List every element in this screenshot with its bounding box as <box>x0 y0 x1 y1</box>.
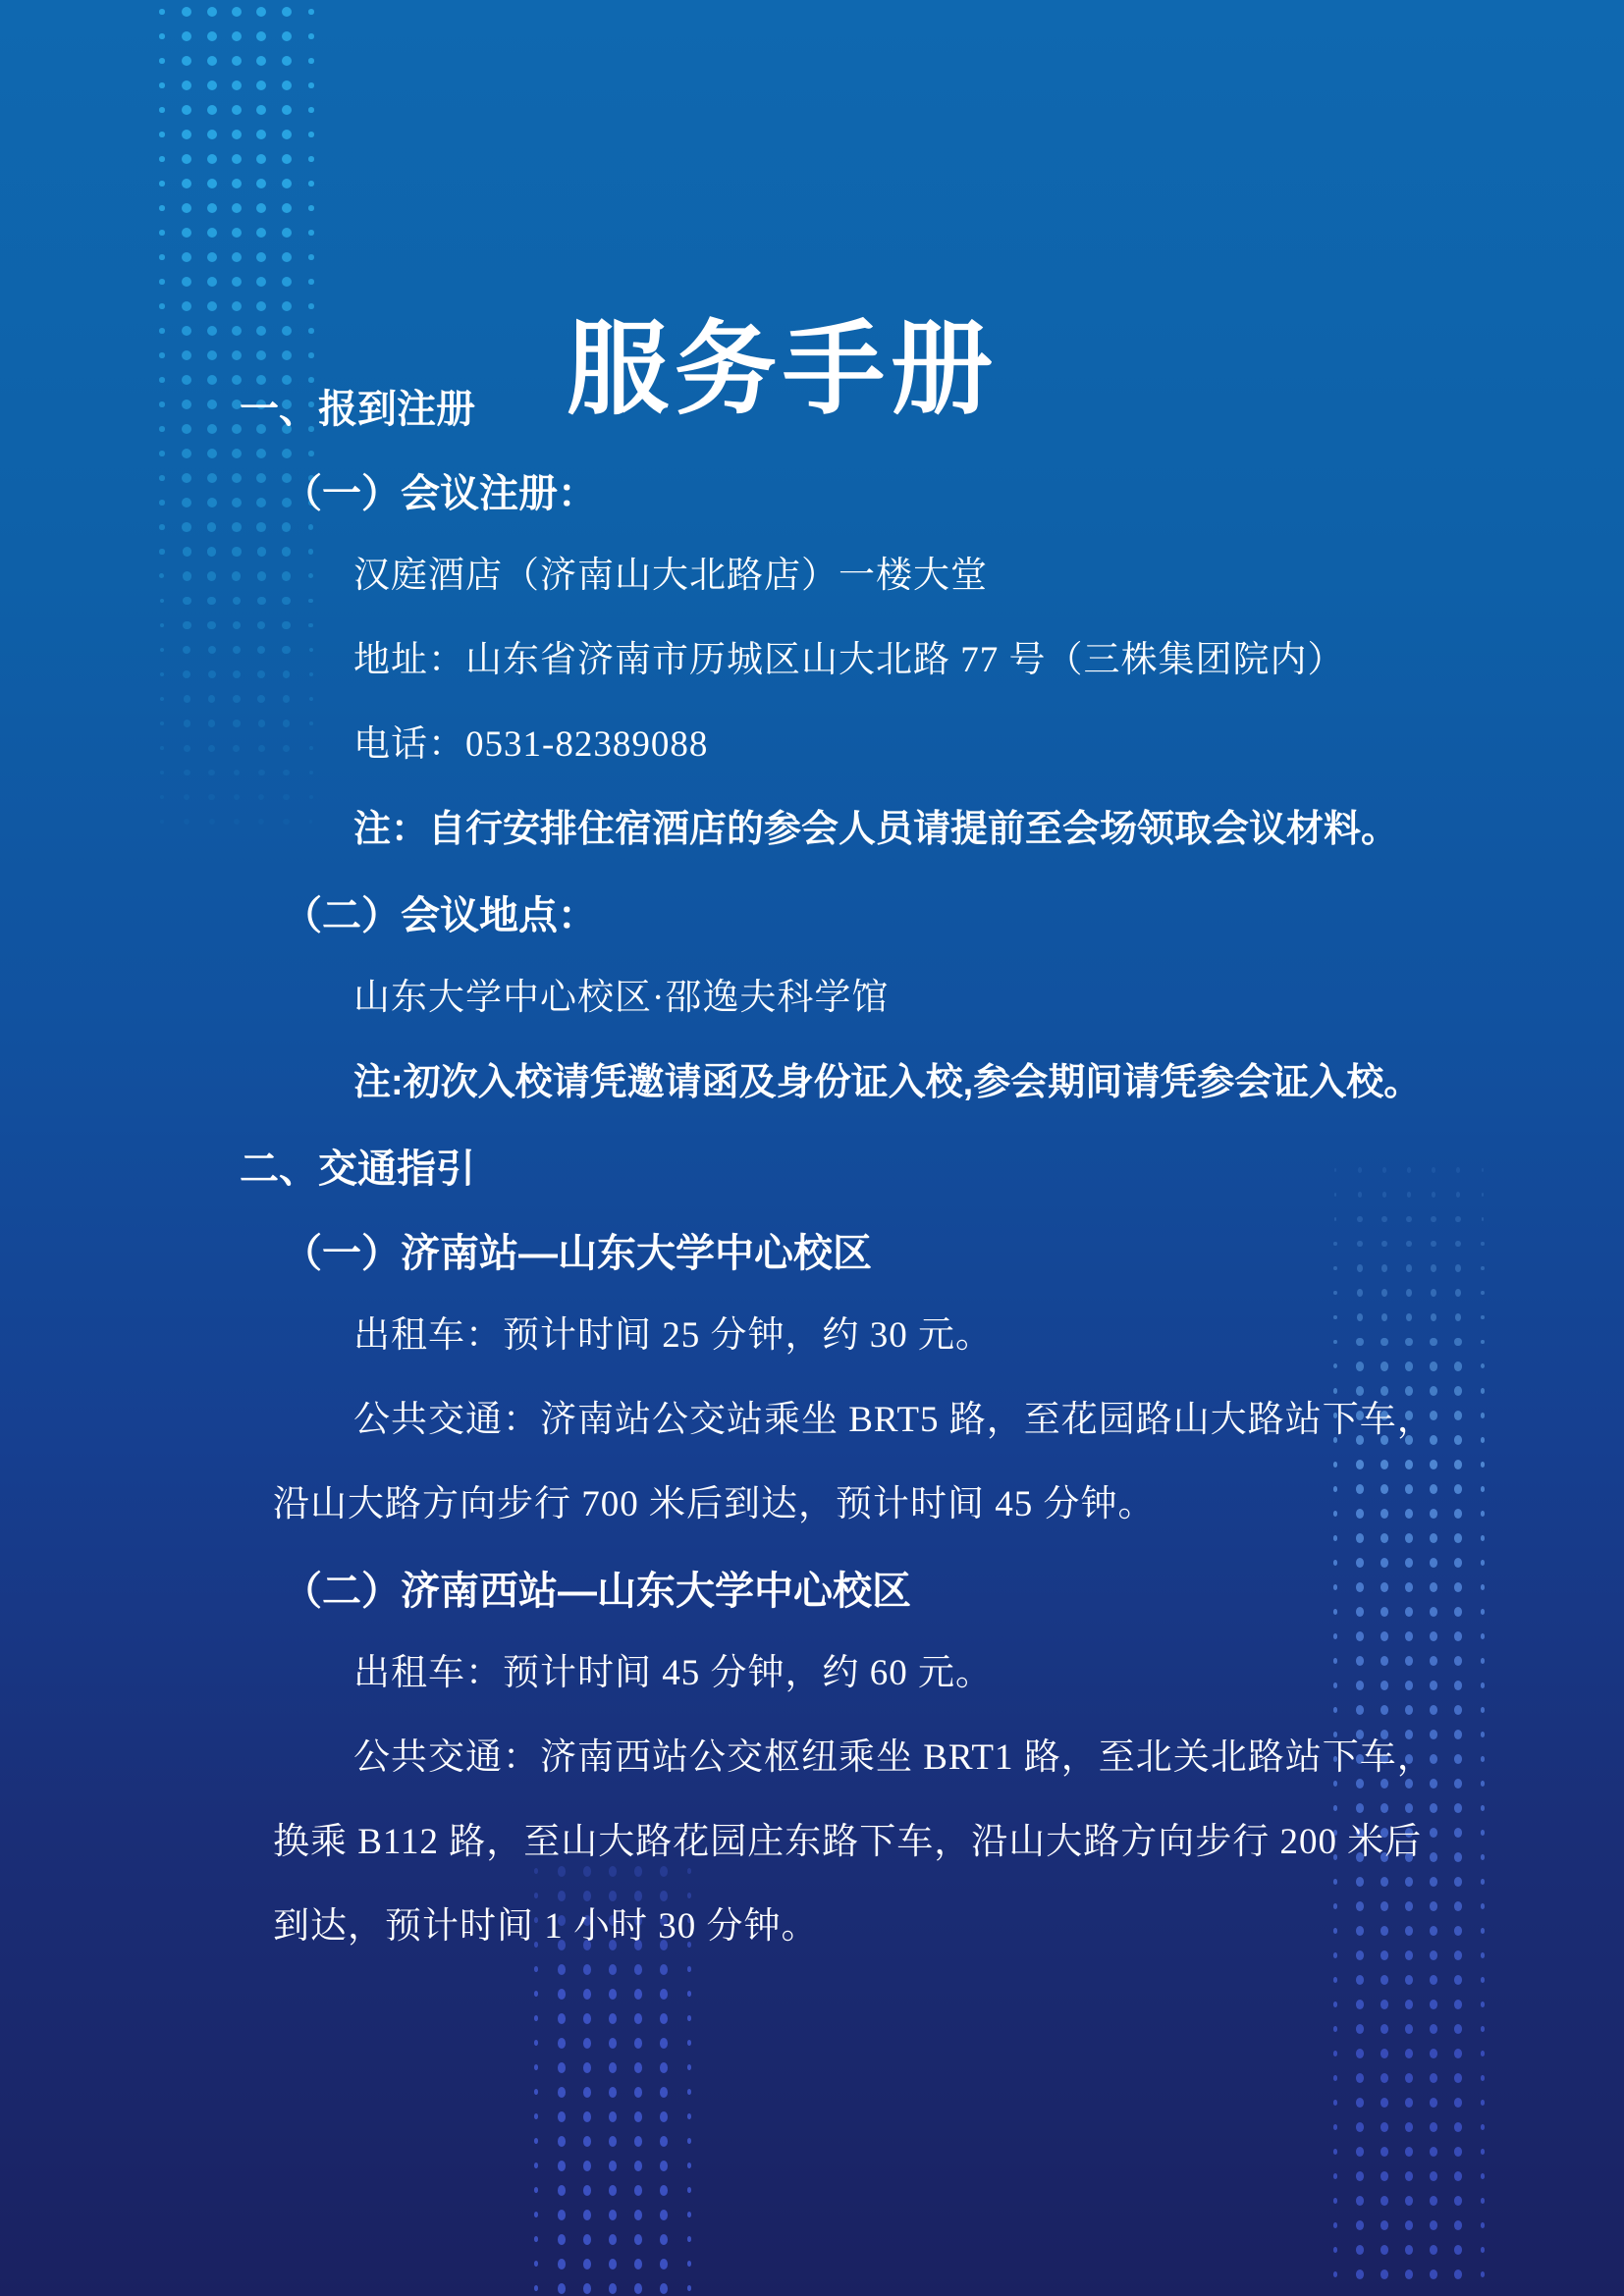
decorative-dot <box>1456 1192 1461 1198</box>
decorative-dot <box>308 156 314 162</box>
decorative-dot <box>184 794 189 800</box>
decorative-dot <box>160 648 165 653</box>
decorative-dot <box>1380 1901 1388 1911</box>
decorative-dot <box>1454 2269 1462 2279</box>
decorative-dot <box>309 771 313 774</box>
decorative-dot <box>1481 1340 1485 1345</box>
decorative-dot <box>583 2234 591 2245</box>
decorative-dot <box>1482 1168 1485 1171</box>
decorative-dot <box>258 745 265 752</box>
decorative-dot <box>182 105 191 115</box>
decorative-dot <box>258 794 264 800</box>
decorative-dot <box>1481 1830 1486 1836</box>
decorative-dot <box>583 1989 591 2000</box>
decorative-dot <box>1333 1511 1338 1517</box>
decorative-dot <box>1381 1313 1388 1321</box>
decorative-dot <box>1333 1242 1336 1246</box>
doc-line-body: 出租车：预计时间 45 分钟，约 60 元。 <box>353 1651 993 1696</box>
decorative-dot <box>1454 1926 1462 1936</box>
decorative-dot <box>609 2185 617 2196</box>
decorative-dot <box>1481 1854 1486 1860</box>
decorative-dot <box>282 571 291 580</box>
decorative-dot <box>257 646 265 654</box>
decorative-dot <box>232 179 242 188</box>
decorative-dot <box>207 228 217 238</box>
decorative-dot <box>159 107 165 113</box>
decorative-dot <box>1405 1803 1413 1813</box>
decorative-dot <box>1380 2171 1388 2181</box>
decorative-dot <box>583 2038 591 2049</box>
decorative-dot <box>1405 1509 1413 1519</box>
decorative-dot <box>232 277 242 287</box>
decorative-dot <box>1380 1460 1388 1469</box>
decorative-dot <box>1405 1631 1413 1641</box>
decorative-dot <box>634 1989 642 2000</box>
decorative-dot <box>159 205 165 211</box>
decorative-dot <box>1357 1289 1364 1297</box>
decorative-dot <box>583 2161 591 2171</box>
decorative-dot <box>257 621 266 630</box>
decorative-dot <box>1455 1289 1462 1297</box>
decorative-dot <box>1481 1879 1486 1885</box>
decorative-dot <box>207 80 217 90</box>
decorative-dot <box>232 522 242 532</box>
decorative-dot <box>1333 2051 1338 2056</box>
decorative-dot <box>1454 1975 1462 1985</box>
decorative-dot <box>1380 1558 1388 1568</box>
decorative-dot <box>660 2234 668 2245</box>
decorative-dot <box>309 697 313 701</box>
decorative-dot <box>583 2283 591 2294</box>
decorative-dot <box>1405 2269 1413 2279</box>
decorative-dot <box>687 2138 692 2144</box>
decorative-dot <box>1356 2122 1364 2132</box>
decorative-dot <box>583 2259 591 2269</box>
decorative-dot <box>1432 1192 1436 1198</box>
decorative-dot <box>308 623 313 628</box>
decorative-dot <box>1481 2075 1486 2081</box>
doc-line-cont: 沿山大路方向步行 700 米后到达，预计时间 45 分钟。 <box>273 1482 1156 1527</box>
decorative-dot <box>534 2064 539 2070</box>
decorative-dot <box>1333 1584 1338 1590</box>
decorative-dot <box>583 1891 591 1901</box>
decorative-dot <box>1356 1631 1364 1641</box>
decorative-dot <box>1431 1264 1436 1271</box>
decorative-dot <box>1481 1781 1486 1787</box>
decorative-dot <box>1381 1289 1388 1297</box>
decorative-dot <box>1358 1192 1363 1198</box>
decorative-dot <box>1380 2098 1388 2108</box>
decorative-dot <box>1431 1216 1435 1222</box>
decorative-dot <box>1380 2049 1388 2058</box>
decorative-dot <box>232 130 242 139</box>
decorative-dot <box>1380 2000 1388 2009</box>
decorative-dot <box>558 2013 566 2024</box>
decorative-dot <box>634 2087 642 2098</box>
decorative-dot <box>183 646 190 654</box>
decorative-dot <box>1454 1435 1462 1445</box>
decorative-dot <box>558 2259 566 2269</box>
decorative-dot <box>1481 1584 1486 1590</box>
decorative-dot <box>1430 1558 1437 1568</box>
decorative-dot <box>687 2113 692 2119</box>
decorative-dot <box>609 2013 617 2024</box>
decorative-dot <box>1380 2024 1388 2034</box>
decorative-dot <box>207 522 217 532</box>
decorative-dot <box>232 80 242 90</box>
decorative-dot <box>308 549 313 554</box>
decorative-dot <box>1380 1681 1388 1690</box>
decorative-dot <box>308 524 313 529</box>
decorative-dot <box>1405 1950 1413 1960</box>
decorative-dot <box>283 720 290 726</box>
decorative-dot <box>207 473 217 483</box>
decorative-dot <box>207 56 217 66</box>
decorative-dot <box>1405 1877 1413 1887</box>
decorative-dot <box>1333 1266 1336 1270</box>
decorative-dot <box>1380 1975 1388 1985</box>
decorative-dot <box>1481 1633 1486 1639</box>
decorative-dot <box>183 547 191 556</box>
decorative-dot <box>1454 1877 1462 1887</box>
decorative-dot <box>257 597 266 606</box>
decorative-dot <box>1333 2222 1338 2228</box>
decorative-dot <box>182 449 191 458</box>
decorative-dot <box>256 154 266 164</box>
decorative-dot <box>1333 2075 1338 2081</box>
decorative-dot <box>1430 1950 1437 1960</box>
decorative-dot <box>634 2013 642 2024</box>
decorative-dot <box>1481 1462 1486 1468</box>
decorative-dot <box>282 597 291 606</box>
decorative-dot <box>1481 1682 1486 1688</box>
decorative-dot <box>1333 2173 1338 2179</box>
decorative-dot <box>687 2015 692 2021</box>
decorative-dot <box>308 132 314 137</box>
decorative-dot <box>609 2161 617 2171</box>
decorative-dot <box>1333 1879 1338 1885</box>
decorative-dot <box>183 621 191 630</box>
decorative-dot <box>1454 1656 1462 1666</box>
decorative-dot <box>1356 1877 1364 1887</box>
decorative-dot <box>282 646 290 654</box>
decorative-dot <box>1357 1216 1362 1222</box>
decorative-dot <box>207 277 217 287</box>
decorative-dot <box>558 2234 566 2245</box>
decorative-dot <box>660 2185 668 2196</box>
decorative-dot <box>1454 2196 1462 2206</box>
decorative-dot <box>309 820 312 823</box>
decorative-dot <box>1356 2171 1364 2181</box>
decorative-dot <box>687 2212 692 2217</box>
decorative-dot <box>182 154 191 164</box>
decorative-dot <box>1381 1241 1387 1248</box>
decorative-dot <box>159 254 165 260</box>
decorative-dot <box>1454 1803 1462 1813</box>
decorative-dot <box>1405 1926 1413 1936</box>
decorative-dot <box>282 547 291 556</box>
decorative-dot <box>1454 2171 1462 2181</box>
doc-line-body: 公共交通：济南西站公交枢纽乘坐 BRT1 路，至北关北路站下车， <box>353 1735 1435 1781</box>
decorative-dot <box>1481 1928 1486 1934</box>
doc-line-body: 山东大学中心校区·邵逸夫科学馆 <box>353 976 889 1021</box>
decorative-dot <box>1481 2247 1486 2253</box>
decorative-dot <box>1481 1363 1485 1368</box>
decorative-dot <box>1430 1681 1437 1690</box>
decorative-dot <box>1454 2024 1462 2034</box>
decorative-dot <box>687 2285 692 2291</box>
decorative-dot <box>1481 1388 1485 1393</box>
doc-line-h2: （二）济南西站—山东大学中心校区 <box>283 1567 911 1616</box>
decorative-dot <box>257 695 265 703</box>
decorative-dot <box>309 721 313 725</box>
decorative-dot <box>1481 1413 1486 1418</box>
decorative-dot <box>1454 2098 1462 2108</box>
doc-line-body: 公共交通：济南站公交站乘坐 BRT5 路，至花园路山大路站下车， <box>353 1398 1435 1443</box>
decorative-dot <box>256 498 266 507</box>
decorative-dot <box>1356 2147 1364 2157</box>
decorative-dot <box>207 179 217 188</box>
decorative-dot <box>1454 1705 1462 1715</box>
decorative-dot <box>208 794 214 800</box>
decorative-dot <box>660 1866 668 1877</box>
decorative-dot <box>282 130 292 139</box>
decorative-dot <box>558 2111 566 2122</box>
decorative-dot <box>308 254 314 260</box>
decorative-dot <box>1430 1509 1437 1519</box>
decorative-dot <box>1454 2000 1462 2009</box>
decorative-dot <box>256 522 266 532</box>
decorative-dot <box>1406 1289 1413 1297</box>
decorative-dot <box>609 2038 617 2049</box>
decorative-dot <box>1430 2122 1437 2132</box>
decorative-dot <box>1356 1509 1364 1519</box>
decorative-dot <box>282 277 292 287</box>
decorative-dot <box>1333 2124 1338 2130</box>
decorative-dot <box>687 2089 692 2095</box>
decorative-dot <box>1380 1705 1388 1715</box>
decorative-dot <box>634 2161 642 2171</box>
decorative-dot <box>534 1868 539 1874</box>
decorative-dot <box>258 720 265 726</box>
decorative-dot <box>309 648 314 653</box>
decorative-dot <box>256 473 266 483</box>
decorative-dot <box>1380 1631 1388 1641</box>
decorative-dot <box>234 819 240 825</box>
decorative-dot <box>583 2013 591 2024</box>
decorative-dot <box>1333 1609 1338 1615</box>
decorative-dot <box>1430 1705 1437 1715</box>
decorative-dot <box>1456 1167 1461 1173</box>
decorative-dot <box>308 181 314 187</box>
decorative-dot <box>609 2136 617 2147</box>
decorative-dot <box>1454 1558 1462 1568</box>
decorative-dot <box>609 1891 617 1901</box>
decorative-dot <box>558 2038 566 2049</box>
decorative-dot <box>1334 1193 1337 1196</box>
decorative-dot <box>687 2236 692 2242</box>
decorative-dot <box>1407 1192 1412 1198</box>
decorative-dot <box>1380 1582 1388 1592</box>
decorative-dot <box>558 1891 566 1901</box>
decorative-dot <box>687 2187 692 2193</box>
decorative-dot <box>534 2015 539 2021</box>
decorative-dot <box>1481 1903 1486 1909</box>
decorative-dot <box>634 1866 642 1877</box>
decorative-dot <box>1454 2073 1462 2083</box>
decorative-dot <box>308 451 314 456</box>
decorative-dot <box>1481 1560 1486 1566</box>
decorative-dot <box>1430 2220 1437 2230</box>
decorative-dot <box>256 449 266 458</box>
decorative-dot <box>283 695 291 703</box>
decorative-dot <box>660 2283 668 2294</box>
decorative-dot <box>208 770 215 776</box>
decorative-dot <box>1455 1241 1461 1248</box>
decorative-dot <box>308 107 314 113</box>
decorative-dot <box>1454 1607 1462 1617</box>
decorative-dot <box>1430 1607 1437 1617</box>
decorative-dot <box>1454 1362 1462 1370</box>
decorative-dot <box>1454 2122 1462 2132</box>
decorative-dot <box>232 56 242 66</box>
decorative-dot <box>159 82 165 88</box>
decorative-dot <box>1380 2245 1388 2255</box>
decorative-dot <box>159 524 164 529</box>
page-background: 服务手册 一、报到注册（一）会议注册：汉庭酒店（济南山大北路店）一楼大堂地址：山… <box>0 0 1624 2296</box>
decorative-dot <box>256 203 266 213</box>
decorative-dot <box>687 1991 692 1997</box>
decorative-dot <box>184 720 190 726</box>
decorative-dot <box>1454 2147 1462 2157</box>
decorative-dot <box>160 820 163 823</box>
decorative-dot <box>258 819 264 825</box>
decorative-dot <box>1405 1705 1413 1715</box>
decorative-dot <box>1454 1779 1462 1789</box>
decorative-dot <box>1333 1315 1337 1320</box>
decorative-dot <box>1333 2247 1338 2253</box>
doc-line-h2: （一）济南站—山东大学中心校区 <box>283 1229 872 1278</box>
document-title: 服务手册 <box>0 287 1565 434</box>
decorative-dot <box>1454 1681 1462 1690</box>
decorative-dot <box>1333 1340 1337 1345</box>
decorative-dot <box>1333 1707 1338 1713</box>
decorative-dot <box>232 31 242 41</box>
doc-line-body: 汉庭酒店（济南山大北路店）一楼大堂 <box>353 554 988 599</box>
decorative-dot <box>309 672 313 676</box>
doc-line-h1: 二、交通指引 <box>240 1145 475 1194</box>
doc-line-body: 电话：0531-82389088 <box>353 722 708 768</box>
decorative-dot <box>159 279 165 285</box>
decorative-dot <box>256 7 266 17</box>
decorative-dot <box>609 2283 617 2294</box>
decorative-dot <box>256 277 266 287</box>
decorative-dot <box>282 252 292 262</box>
decorative-dot <box>634 2185 642 2196</box>
decorative-dot <box>160 795 164 799</box>
decorative-dot <box>1405 1362 1413 1370</box>
doc-line-note: 注：自行安排住宿酒店的参会人员请提前至会场领取会议材料。 <box>353 807 1398 854</box>
decorative-dot <box>1382 1192 1387 1198</box>
decorative-dot <box>232 547 241 556</box>
decorative-dot <box>1430 1533 1437 1543</box>
decorative-dot <box>1333 1560 1338 1566</box>
decorative-dot <box>208 646 216 654</box>
decorative-dot <box>1405 2073 1413 2083</box>
decorative-dot <box>232 473 242 483</box>
decorative-dot <box>308 599 313 604</box>
decorative-dot <box>207 7 217 17</box>
decorative-dot <box>1356 1533 1364 1543</box>
decorative-dot <box>609 1866 617 1877</box>
decorative-dot <box>232 498 242 507</box>
decorative-dot <box>1430 1656 1437 1666</box>
decorative-dot <box>234 770 241 776</box>
decorative-dot <box>1356 2000 1364 2009</box>
decorative-dot <box>308 82 314 88</box>
decorative-dot <box>1430 2049 1437 2058</box>
decorative-dot <box>1405 1558 1413 1568</box>
decorative-dot <box>558 2062 566 2073</box>
decorative-dot <box>1405 2220 1413 2230</box>
decorative-dot <box>1380 2147 1388 2157</box>
decorative-dot <box>309 746 313 750</box>
decorative-dot <box>1405 2122 1413 2132</box>
decorative-dot <box>1454 1582 1462 1592</box>
decorative-dot <box>534 2285 539 2291</box>
decorative-dot <box>1380 1877 1388 1887</box>
decorative-dot <box>634 2234 642 2245</box>
decorative-dot <box>1405 1582 1413 1592</box>
decorative-dot <box>1454 1852 1462 1862</box>
decorative-dot <box>1430 2171 1437 2181</box>
decorative-dot <box>1380 1950 1388 1960</box>
decorative-dot <box>233 695 241 703</box>
decorative-dot <box>308 9 314 15</box>
decorative-dot <box>308 279 314 285</box>
decorative-dot <box>534 2138 539 2144</box>
doc-line-h2: （一）会议注册： <box>283 469 597 518</box>
decorative-dot <box>534 2163 539 2168</box>
decorative-dot <box>1431 1289 1437 1297</box>
decorative-dot <box>609 1964 617 1975</box>
decorative-dot <box>283 794 289 800</box>
decorative-dot <box>1356 1558 1364 1568</box>
decorative-dot <box>1333 1363 1337 1368</box>
decorative-dot <box>282 31 292 41</box>
decorative-dot <box>282 56 292 66</box>
decorative-dot <box>1380 2196 1388 2206</box>
decorative-dot <box>1356 1338 1363 1347</box>
decorative-dot <box>1405 2098 1413 2108</box>
decorative-dot <box>583 2210 591 2220</box>
decorative-dot <box>1406 1241 1412 1248</box>
decorative-dot <box>558 1964 566 1975</box>
decorative-dot <box>1380 1484 1388 1494</box>
decorative-dot <box>1405 1533 1413 1543</box>
decorative-dot <box>660 1989 668 2000</box>
decorative-dot <box>660 2087 668 2098</box>
decorative-dot <box>207 571 216 580</box>
decorative-dot <box>1406 1264 1412 1271</box>
decorative-dot <box>282 105 292 115</box>
decorative-dot <box>1430 2098 1437 2108</box>
decorative-dot <box>1380 1803 1388 1813</box>
decorative-dot <box>182 522 191 532</box>
decorative-dot <box>1333 2002 1338 2007</box>
decorative-dot <box>1430 1901 1437 1911</box>
decorative-dot <box>308 573 313 578</box>
